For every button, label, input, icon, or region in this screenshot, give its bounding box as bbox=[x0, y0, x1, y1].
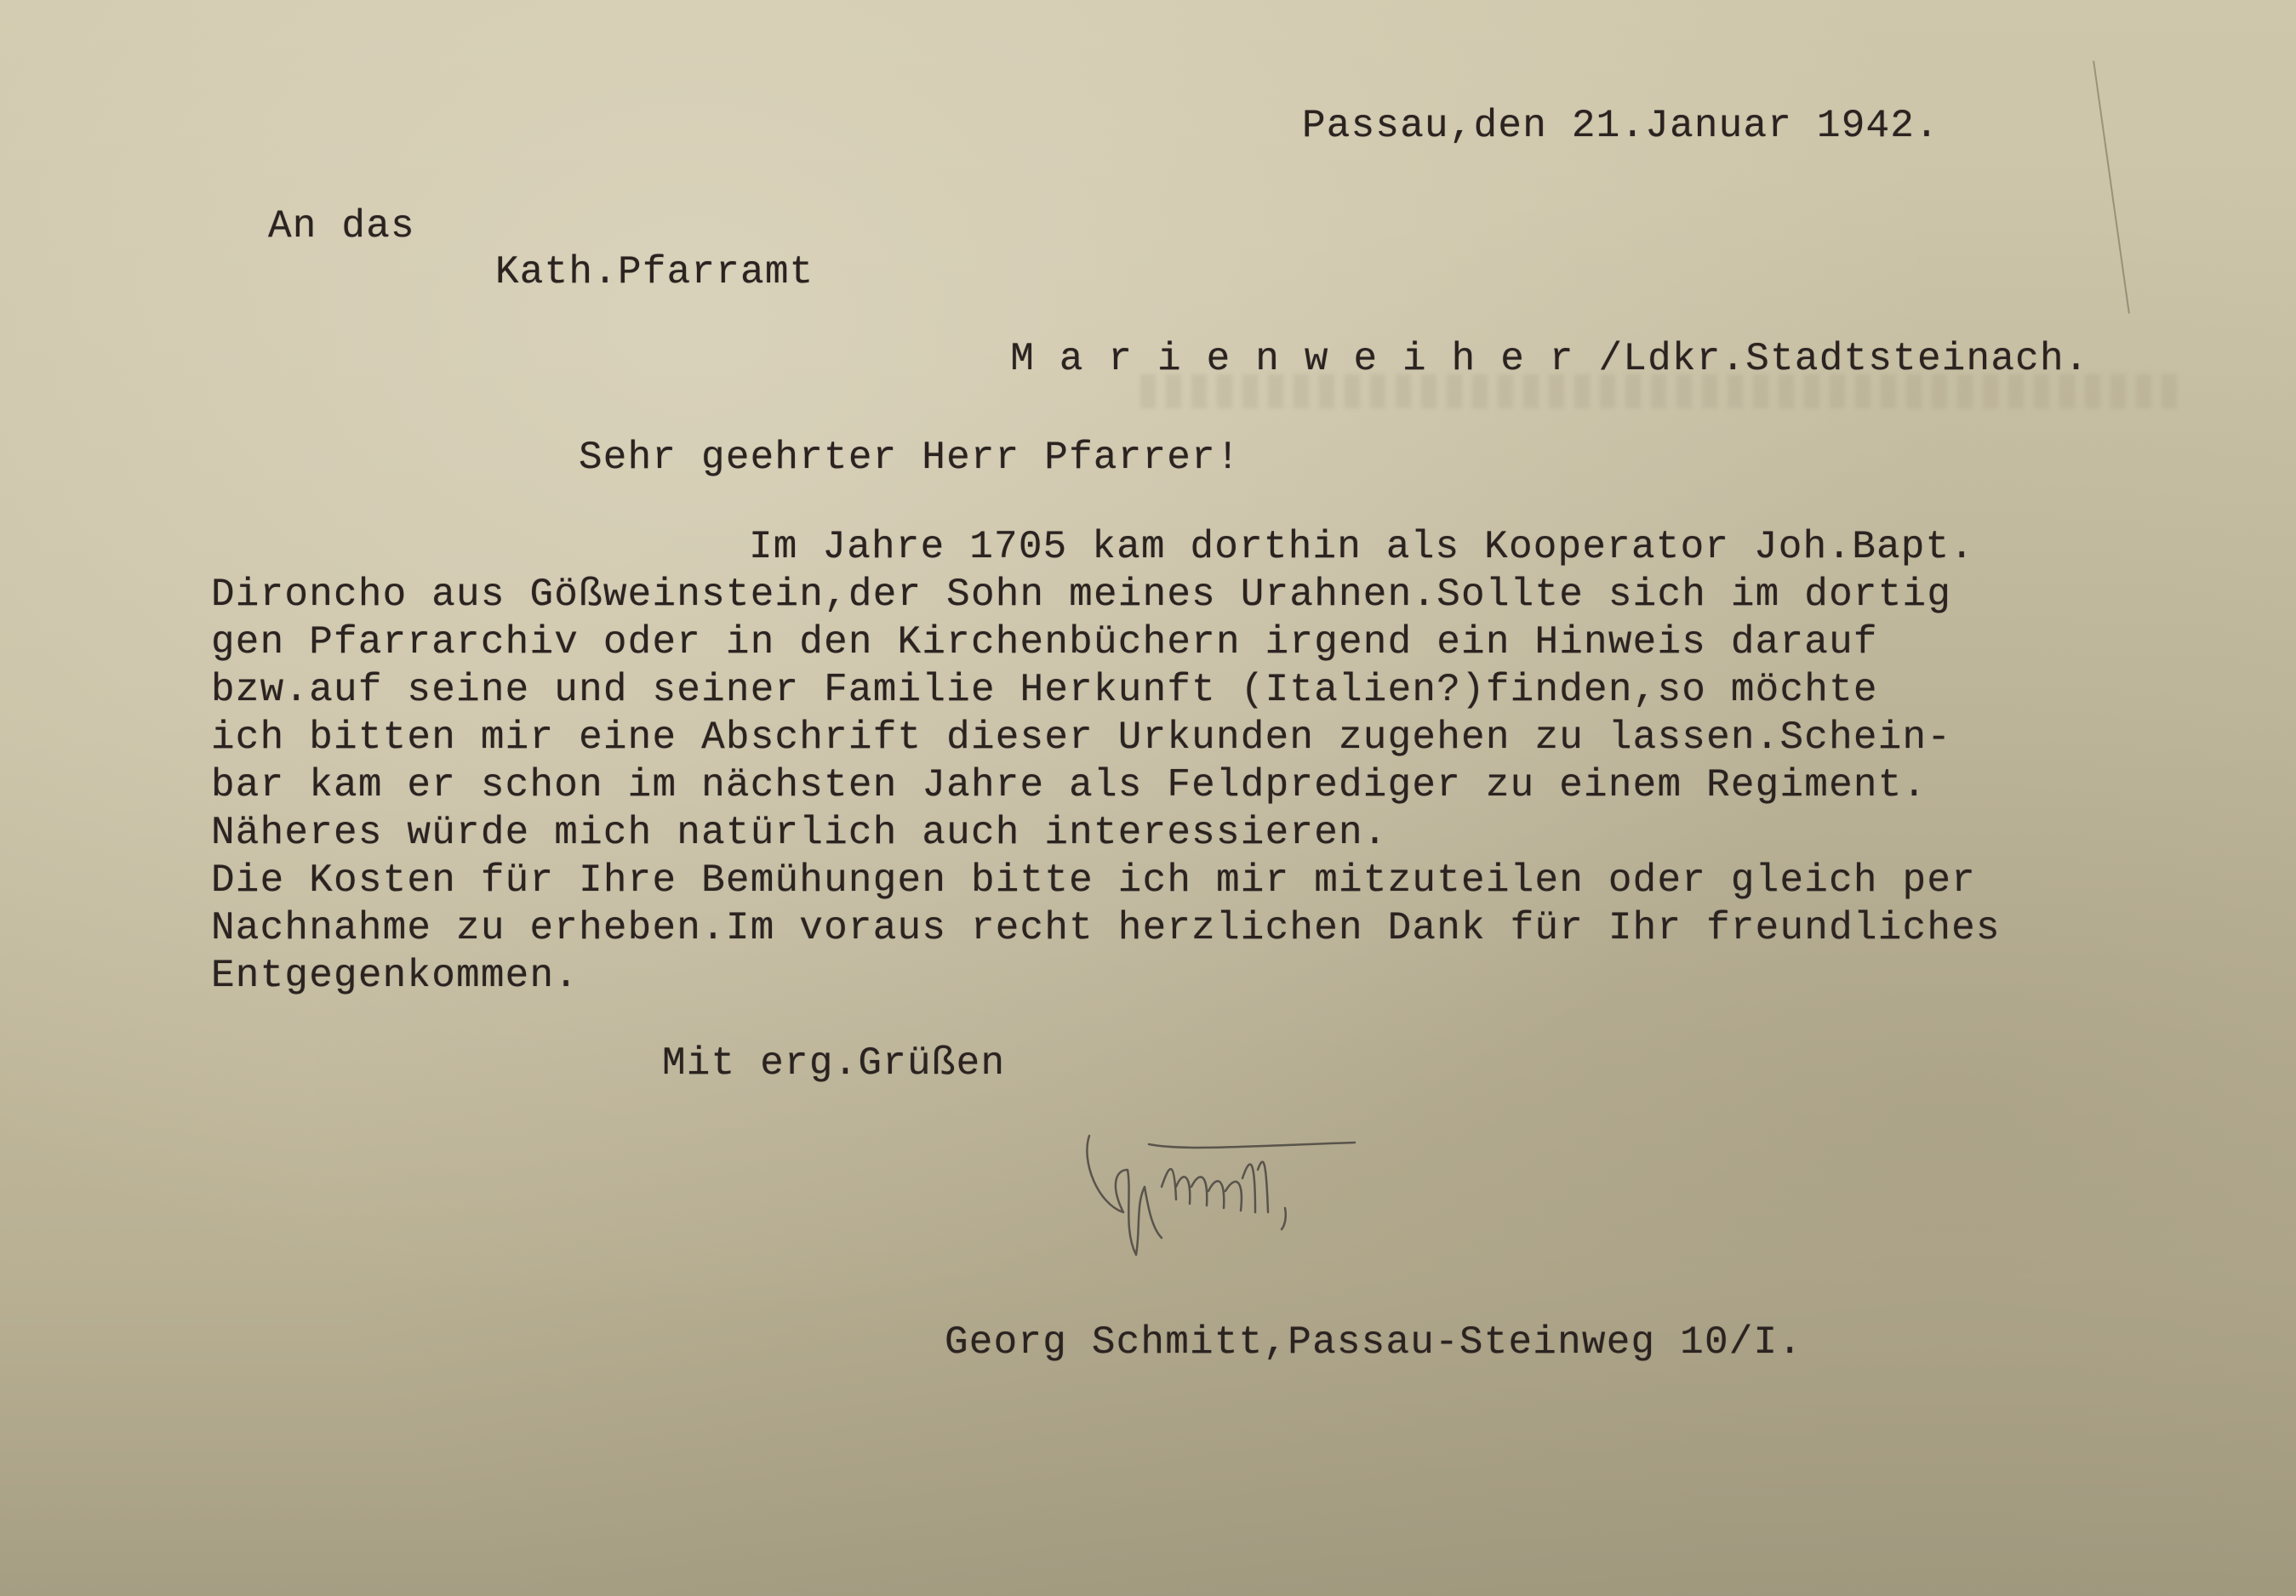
letter-page: Passau,den 21.Januar 1942. An das Kath.P… bbox=[0, 0, 2296, 1596]
sender-line: Georg Schmitt,Passau-Steinweg 10/I. bbox=[945, 1319, 1802, 1366]
recipient-line-1: An das bbox=[268, 202, 415, 250]
letter-body: Im Jahre 1705 kam dorthin als Kooperator… bbox=[211, 523, 2001, 1000]
paper-crease bbox=[2093, 60, 2130, 313]
recipient-district: /Ldkr.Stadtsteinach. bbox=[1598, 337, 2088, 381]
body-line: Nachnahme zu erheben.Im voraus recht her… bbox=[211, 904, 2001, 952]
recipient-line-2: Kath.Pfarramt bbox=[495, 248, 814, 296]
dateline: Passau,den 21.Januar 1942. bbox=[1302, 102, 1939, 150]
salutation: Sehr geehrter Herr Pfarrer! bbox=[579, 434, 1241, 482]
body-line: Dironcho aus Gößweinstein,der Sohn meine… bbox=[211, 571, 2001, 618]
body-line: Näheres würde mich natürlich auch intere… bbox=[211, 809, 2001, 857]
body-line: bar kam er schon im nächsten Jahre als F… bbox=[211, 761, 2001, 809]
handwritten-signature bbox=[1081, 1127, 1387, 1263]
body-line: bzw.auf seine und seiner Familie Herkunf… bbox=[211, 666, 2001, 714]
body-line: Im Jahre 1705 kam dorthin als Kooperator… bbox=[749, 523, 2296, 571]
body-line: ich bitten mir eine Abschrift dieser Urk… bbox=[211, 714, 2001, 761]
closing: Mit erg.Grüßen bbox=[662, 1040, 1005, 1087]
body-line: gen Pfarrarchiv oder in den Kirchenbüche… bbox=[211, 618, 2001, 666]
recipient-line-3: Marienweiher/Ldkr.Stadtsteinach. bbox=[912, 288, 2089, 430]
body-line: Die Kosten für Ihre Bemühungen bitte ich… bbox=[211, 857, 2001, 904]
recipient-place: Marienweiher bbox=[1010, 337, 1598, 381]
body-line: Entgegenkommen. bbox=[211, 952, 2001, 1000]
